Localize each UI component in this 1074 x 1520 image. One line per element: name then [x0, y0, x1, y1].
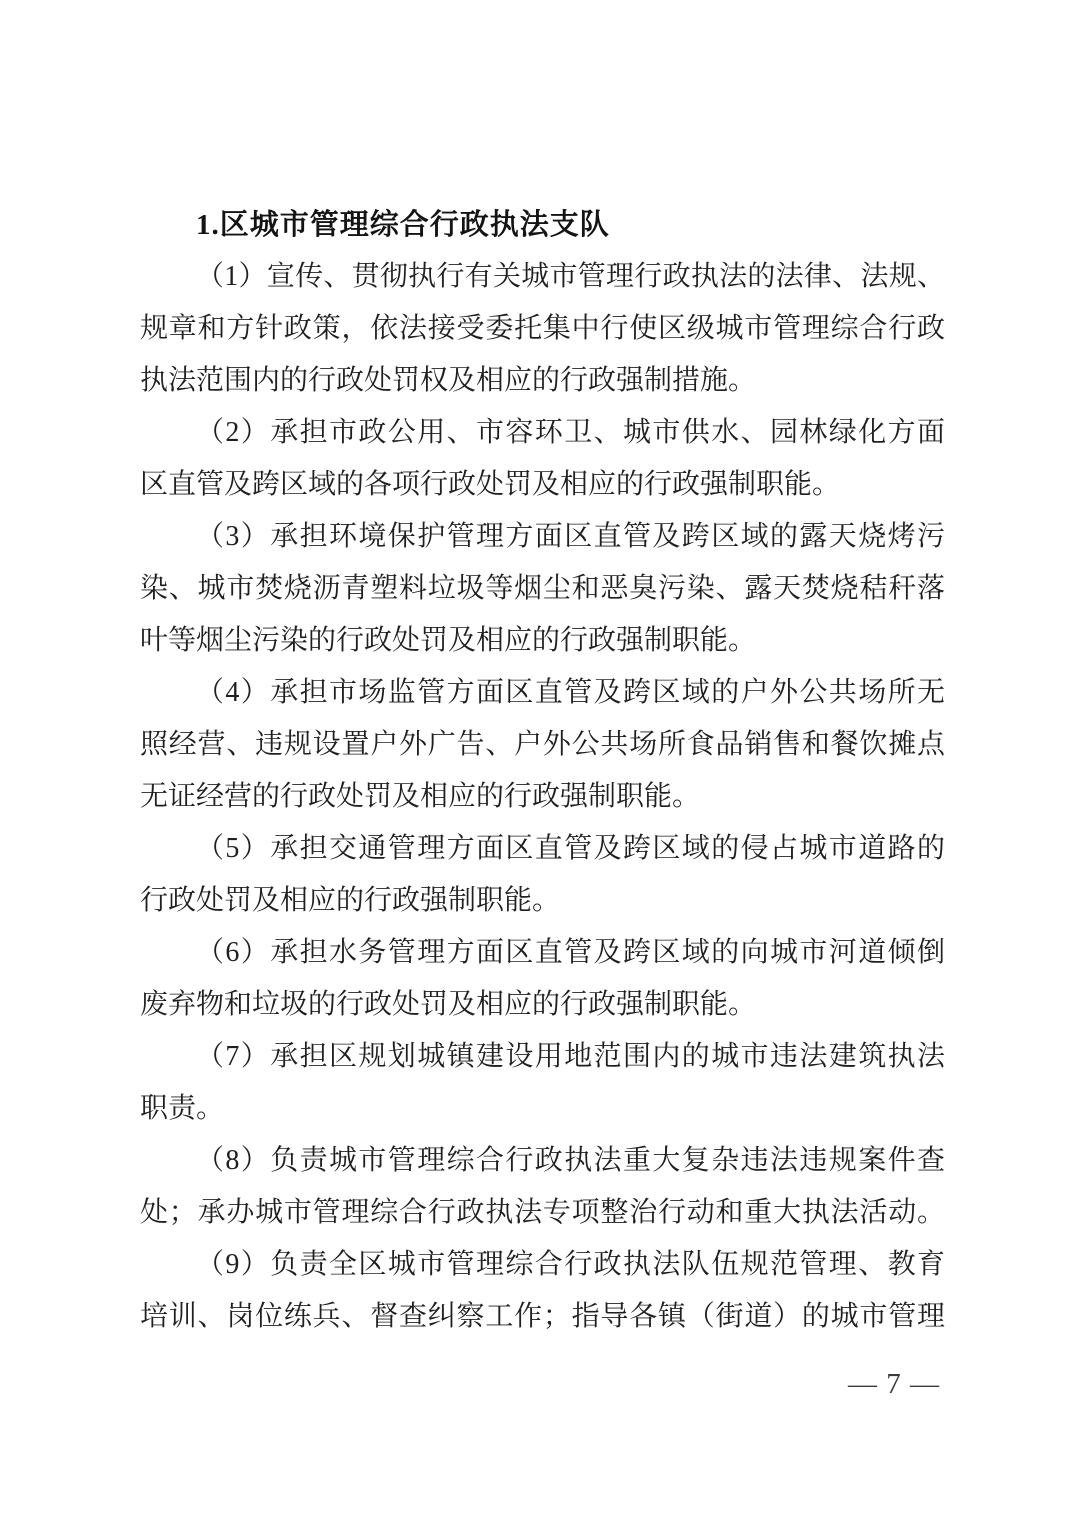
paragraph-line: 执法范围内的行政处罚权及相应的行政强制措施。 — [140, 355, 945, 407]
page-number: — 7 — — [848, 1358, 940, 1410]
document-content: 1.区城市管理综合行政执法支队 （1）宣传、贯彻执行有关城市管理行政执法的法律、… — [140, 199, 945, 1343]
document-page: 1.区城市管理综合行政执法支队 （1）宣传、贯彻执行有关城市管理行政执法的法律、… — [0, 0, 1074, 1520]
paragraph-line: （5）承担交通管理方面区直管及跨区域的侵占城市道路的 — [140, 823, 945, 875]
paragraph-line: 培训、岗位练兵、督查纠察工作；指导各镇（街道）的城市管理 — [140, 1291, 945, 1343]
paragraph-line: 无证经营的行政处罚及相应的行政强制职能。 — [140, 771, 945, 823]
document-body: （1）宣传、贯彻执行有关城市管理行政执法的法律、法规、规章和方针政策，依法接受委… — [140, 251, 945, 1343]
paragraph-line: 行政处罚及相应的行政强制职能。 — [140, 875, 945, 927]
paragraph-line: （2）承担市政公用、市容环卫、城市供水、园林绿化方面 — [140, 407, 945, 459]
paragraph-line: 区直管及跨区域的各项行政处罚及相应的行政强制职能。 — [140, 459, 945, 511]
paragraph-line: 规章和方针政策，依法接受委托集中行使区级城市管理综合行政 — [140, 303, 945, 355]
paragraph-line: （7）承担区规划城镇建设用地范围内的城市违法建筑执法 — [140, 1031, 945, 1083]
section-heading: 1.区城市管理综合行政执法支队 — [140, 199, 945, 251]
paragraph-line: 废弃物和垃圾的行政处罚及相应的行政强制职能。 — [140, 979, 945, 1031]
paragraph-line: （3）承担环境保护管理方面区直管及跨区域的露天烧烤污 — [140, 511, 945, 563]
paragraph-line: （8）负责城市管理综合行政执法重大复杂违法违规案件查 — [140, 1135, 945, 1187]
paragraph-line: 职责。 — [140, 1083, 945, 1135]
paragraph-line: （6）承担水务管理方面区直管及跨区域的向城市河道倾倒 — [140, 927, 945, 979]
paragraph-line: （9）负责全区城市管理综合行政执法队伍规范管理、教育 — [140, 1239, 945, 1291]
paragraph-line: （4）承担市场监管方面区直管及跨区域的户外公共场所无 — [140, 667, 945, 719]
paragraph-line: （1）宣传、贯彻执行有关城市管理行政执法的法律、法规、 — [140, 251, 945, 303]
paragraph-line: 染、城市焚烧沥青塑料垃圾等烟尘和恶臭污染、露天焚烧秸秆落 — [140, 563, 945, 615]
paragraph-line: 叶等烟尘污染的行政处罚及相应的行政强制职能。 — [140, 615, 945, 667]
paragraph-line: 处；承办城市管理综合行政执法专项整治行动和重大执法活动。 — [140, 1187, 945, 1239]
paragraph-line: 照经营、违规设置户外广告、户外公共场所食品销售和餐饮摊点 — [140, 719, 945, 771]
